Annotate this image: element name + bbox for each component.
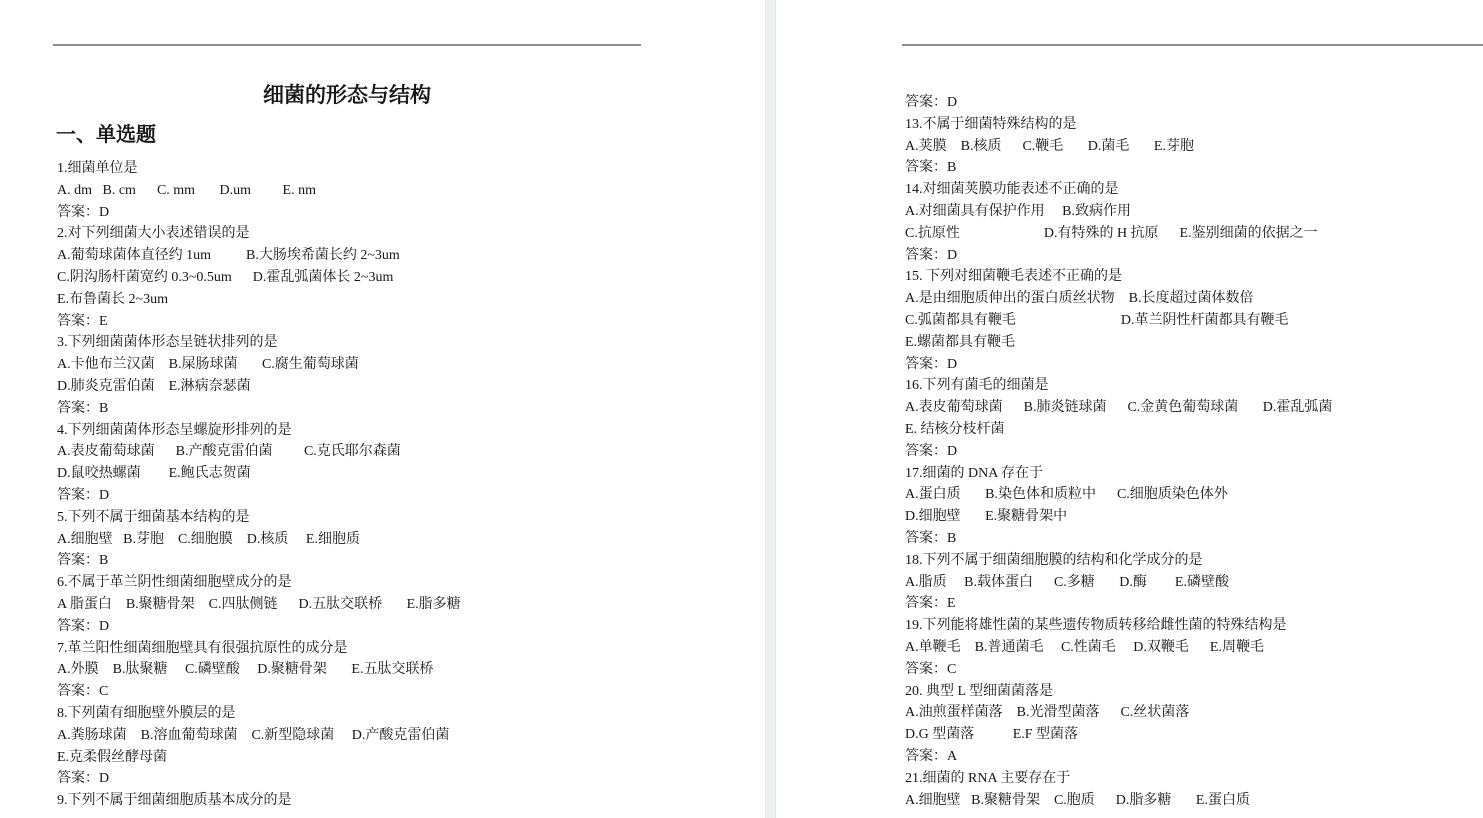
text-line: 17.细菌的 DNA 存在于 bbox=[905, 463, 1332, 485]
page-gap-divider bbox=[765, 0, 776, 818]
text-line: 答案：C bbox=[57, 681, 461, 703]
text-line: 答案：D bbox=[905, 245, 1332, 267]
text-line: 20. 典型 L 型细菌菌落是 bbox=[905, 681, 1332, 703]
section-heading-single-choice: 一、单选题 bbox=[56, 123, 156, 147]
page-left[interactable]: 细菌的形态与结构 一、单选题 1.细菌单位是A. dm B. cm C. mm … bbox=[0, 0, 765, 818]
text-line: 答案：D bbox=[57, 616, 461, 638]
text-line: E.克柔假丝酵母菌 bbox=[57, 747, 461, 769]
right-page-text-block: 答案：D13.不属于细菌特殊结构的是A.荚膜 B.核质 C.鞭毛 D.菌毛 E.… bbox=[905, 92, 1332, 811]
text-line: A.葡萄球菌体直径约 1um B.大肠埃希菌长约 2~3um bbox=[57, 245, 461, 267]
text-line: 答案：B bbox=[905, 157, 1332, 179]
left-page-text-block: 1.细菌单位是A. dm B. cm C. mm D.um E. nm答案：D2… bbox=[57, 158, 461, 812]
text-line: A.是由细胞质伸出的蛋白质丝状物 B.长度超过菌体数倍 bbox=[905, 288, 1332, 310]
text-line: E. 结核分枝杆菌 bbox=[905, 419, 1332, 441]
document-title: 细菌的形态与结构 bbox=[53, 82, 641, 108]
text-line: 答案：E bbox=[57, 311, 461, 333]
text-line: 答案：D bbox=[57, 768, 461, 790]
text-line: E.螺菌都具有鞭毛 bbox=[905, 332, 1332, 354]
text-line: C.抗原性 D.有特殊的 H 抗原 E.鉴别细菌的依据之一 bbox=[905, 223, 1332, 245]
header-rule-right bbox=[902, 44, 1483, 46]
text-line: C.弧菌都具有鞭毛 D.革兰阴性杆菌都具有鞭毛 bbox=[905, 310, 1332, 332]
text-line: 答案：B bbox=[57, 550, 461, 572]
text-line: 答案：D bbox=[57, 202, 461, 224]
text-line: 4.下列细菌菌体形态呈螺旋形排列的是 bbox=[57, 420, 461, 442]
text-line: 答案：E bbox=[905, 593, 1332, 615]
text-line: A.外膜 B.肽聚糖 C.磷壁酸 D.聚糖骨架 E.五肽交联桥 bbox=[57, 659, 461, 681]
text-line: A.荚膜 B.核质 C.鞭毛 D.菌毛 E.芽胞 bbox=[905, 136, 1332, 158]
text-line: A.细胞壁 B.芽胞 C.细胞膜 D.核质 E.细胞质 bbox=[57, 529, 461, 551]
text-line: 18.下列不属于细菌细胞膜的结构和化学成分的是 bbox=[905, 550, 1332, 572]
text-line: A.卡他布兰汉菌 B.屎肠球菌 C.腐生葡萄球菌 bbox=[57, 354, 461, 376]
text-line: 16.下列有菌毛的细菌是 bbox=[905, 375, 1332, 397]
page-right[interactable]: 答案：D13.不属于细菌特殊结构的是A.荚膜 B.核质 C.鞭毛 D.菌毛 E.… bbox=[776, 0, 1483, 818]
text-line: A.蛋白质 B.染色体和质粒中 C.细胞质染色体外 bbox=[905, 484, 1332, 506]
text-line: A.细胞壁 B.聚糖骨架 C.胞质 D.脂多糖 E.蛋白质 bbox=[905, 790, 1332, 812]
text-line: 5.下列不属于细菌基本结构的是 bbox=[57, 507, 461, 529]
text-line: 答案：D bbox=[57, 485, 461, 507]
header-rule-left bbox=[53, 44, 641, 46]
text-line: 1.细菌单位是 bbox=[57, 158, 461, 180]
text-line: 8.下列菌有细胞壁外膜层的是 bbox=[57, 703, 461, 725]
text-line: 15. 下列对细菌鞭毛表述不正确的是 bbox=[905, 266, 1332, 288]
text-line: A.单鞭毛 B.普通菌毛 C.性菌毛 D.双鞭毛 E.周鞭毛 bbox=[905, 637, 1332, 659]
text-line: 答案：D bbox=[905, 92, 1332, 114]
text-line: A.脂质 B.载体蛋白 C.多糖 D.酶 E.磷壁酸 bbox=[905, 572, 1332, 594]
text-line: E.布鲁菌长 2~3um bbox=[57, 289, 461, 311]
text-line: 答案：D bbox=[905, 354, 1332, 376]
text-line: 答案：D bbox=[905, 441, 1332, 463]
text-line: D.鼠咬热螺菌 E.鲍氏志贺菌 bbox=[57, 463, 461, 485]
text-line: 14.对细菌荚膜功能表述不正确的是 bbox=[905, 179, 1332, 201]
text-line: D.G 型菌落 E.F 型菌落 bbox=[905, 724, 1332, 746]
text-line: C.阴沟肠杆菌宽约 0.3~0.5um D.霍乱弧菌体长 2~3um bbox=[57, 267, 461, 289]
text-line: A.粪肠球菌 B.溶血葡萄球菌 C.新型隐球菌 D.产酸克雷伯菌 bbox=[57, 725, 461, 747]
text-line: 6.不属于革兰阴性细菌细胞壁成分的是 bbox=[57, 572, 461, 594]
text-line: A. dm B. cm C. mm D.um E. nm bbox=[57, 180, 461, 202]
text-line: A 脂蛋白 B.聚糖骨架 C.四肽侧链 D.五肽交联桥 E.脂多糖 bbox=[57, 594, 461, 616]
text-line: 答案：B bbox=[57, 398, 461, 420]
text-line: 9.下列不属于细菌细胞质基本成分的是 bbox=[57, 790, 461, 812]
text-line: D.肺炎克雷伯菌 E.淋病奈瑟菌 bbox=[57, 376, 461, 398]
text-line: D.细胞壁 E.聚糖骨架中 bbox=[905, 506, 1332, 528]
text-line: 3.下列细菌菌体形态呈链状排列的是 bbox=[57, 332, 461, 354]
text-line: 13.不属于细菌特殊结构的是 bbox=[905, 114, 1332, 136]
text-line: 答案：A bbox=[905, 746, 1332, 768]
text-line: 答案：B bbox=[905, 528, 1332, 550]
text-line: A.油煎蛋样菌落 B.光滑型菌落 C.丝状菌落 bbox=[905, 702, 1332, 724]
text-line: 21.细菌的 RNA 主要存在于 bbox=[905, 768, 1332, 790]
text-line: 答案：C bbox=[905, 659, 1332, 681]
text-line: 2.对下列细菌大小表述错误的是 bbox=[57, 223, 461, 245]
text-line: 19.下列能将雄性菌的某些遗传物质转移给雌性菌的特殊结构是 bbox=[905, 615, 1332, 637]
text-line: 7.革兰阳性细菌细胞壁具有很强抗原性的成分是 bbox=[57, 638, 461, 660]
document-viewport: 细菌的形态与结构 一、单选题 1.细菌单位是A. dm B. cm C. mm … bbox=[0, 0, 1483, 818]
text-line: A.对细菌具有保护作用 B.致病作用 bbox=[905, 201, 1332, 223]
text-line: A.表皮葡萄球菌 B.肺炎链球菌 C.金黄色葡萄球菌 D.霍乱弧菌 bbox=[905, 397, 1332, 419]
text-line: A.表皮葡萄球菌 B.产酸克雷伯菌 C.克氏耶尔森菌 bbox=[57, 441, 461, 463]
